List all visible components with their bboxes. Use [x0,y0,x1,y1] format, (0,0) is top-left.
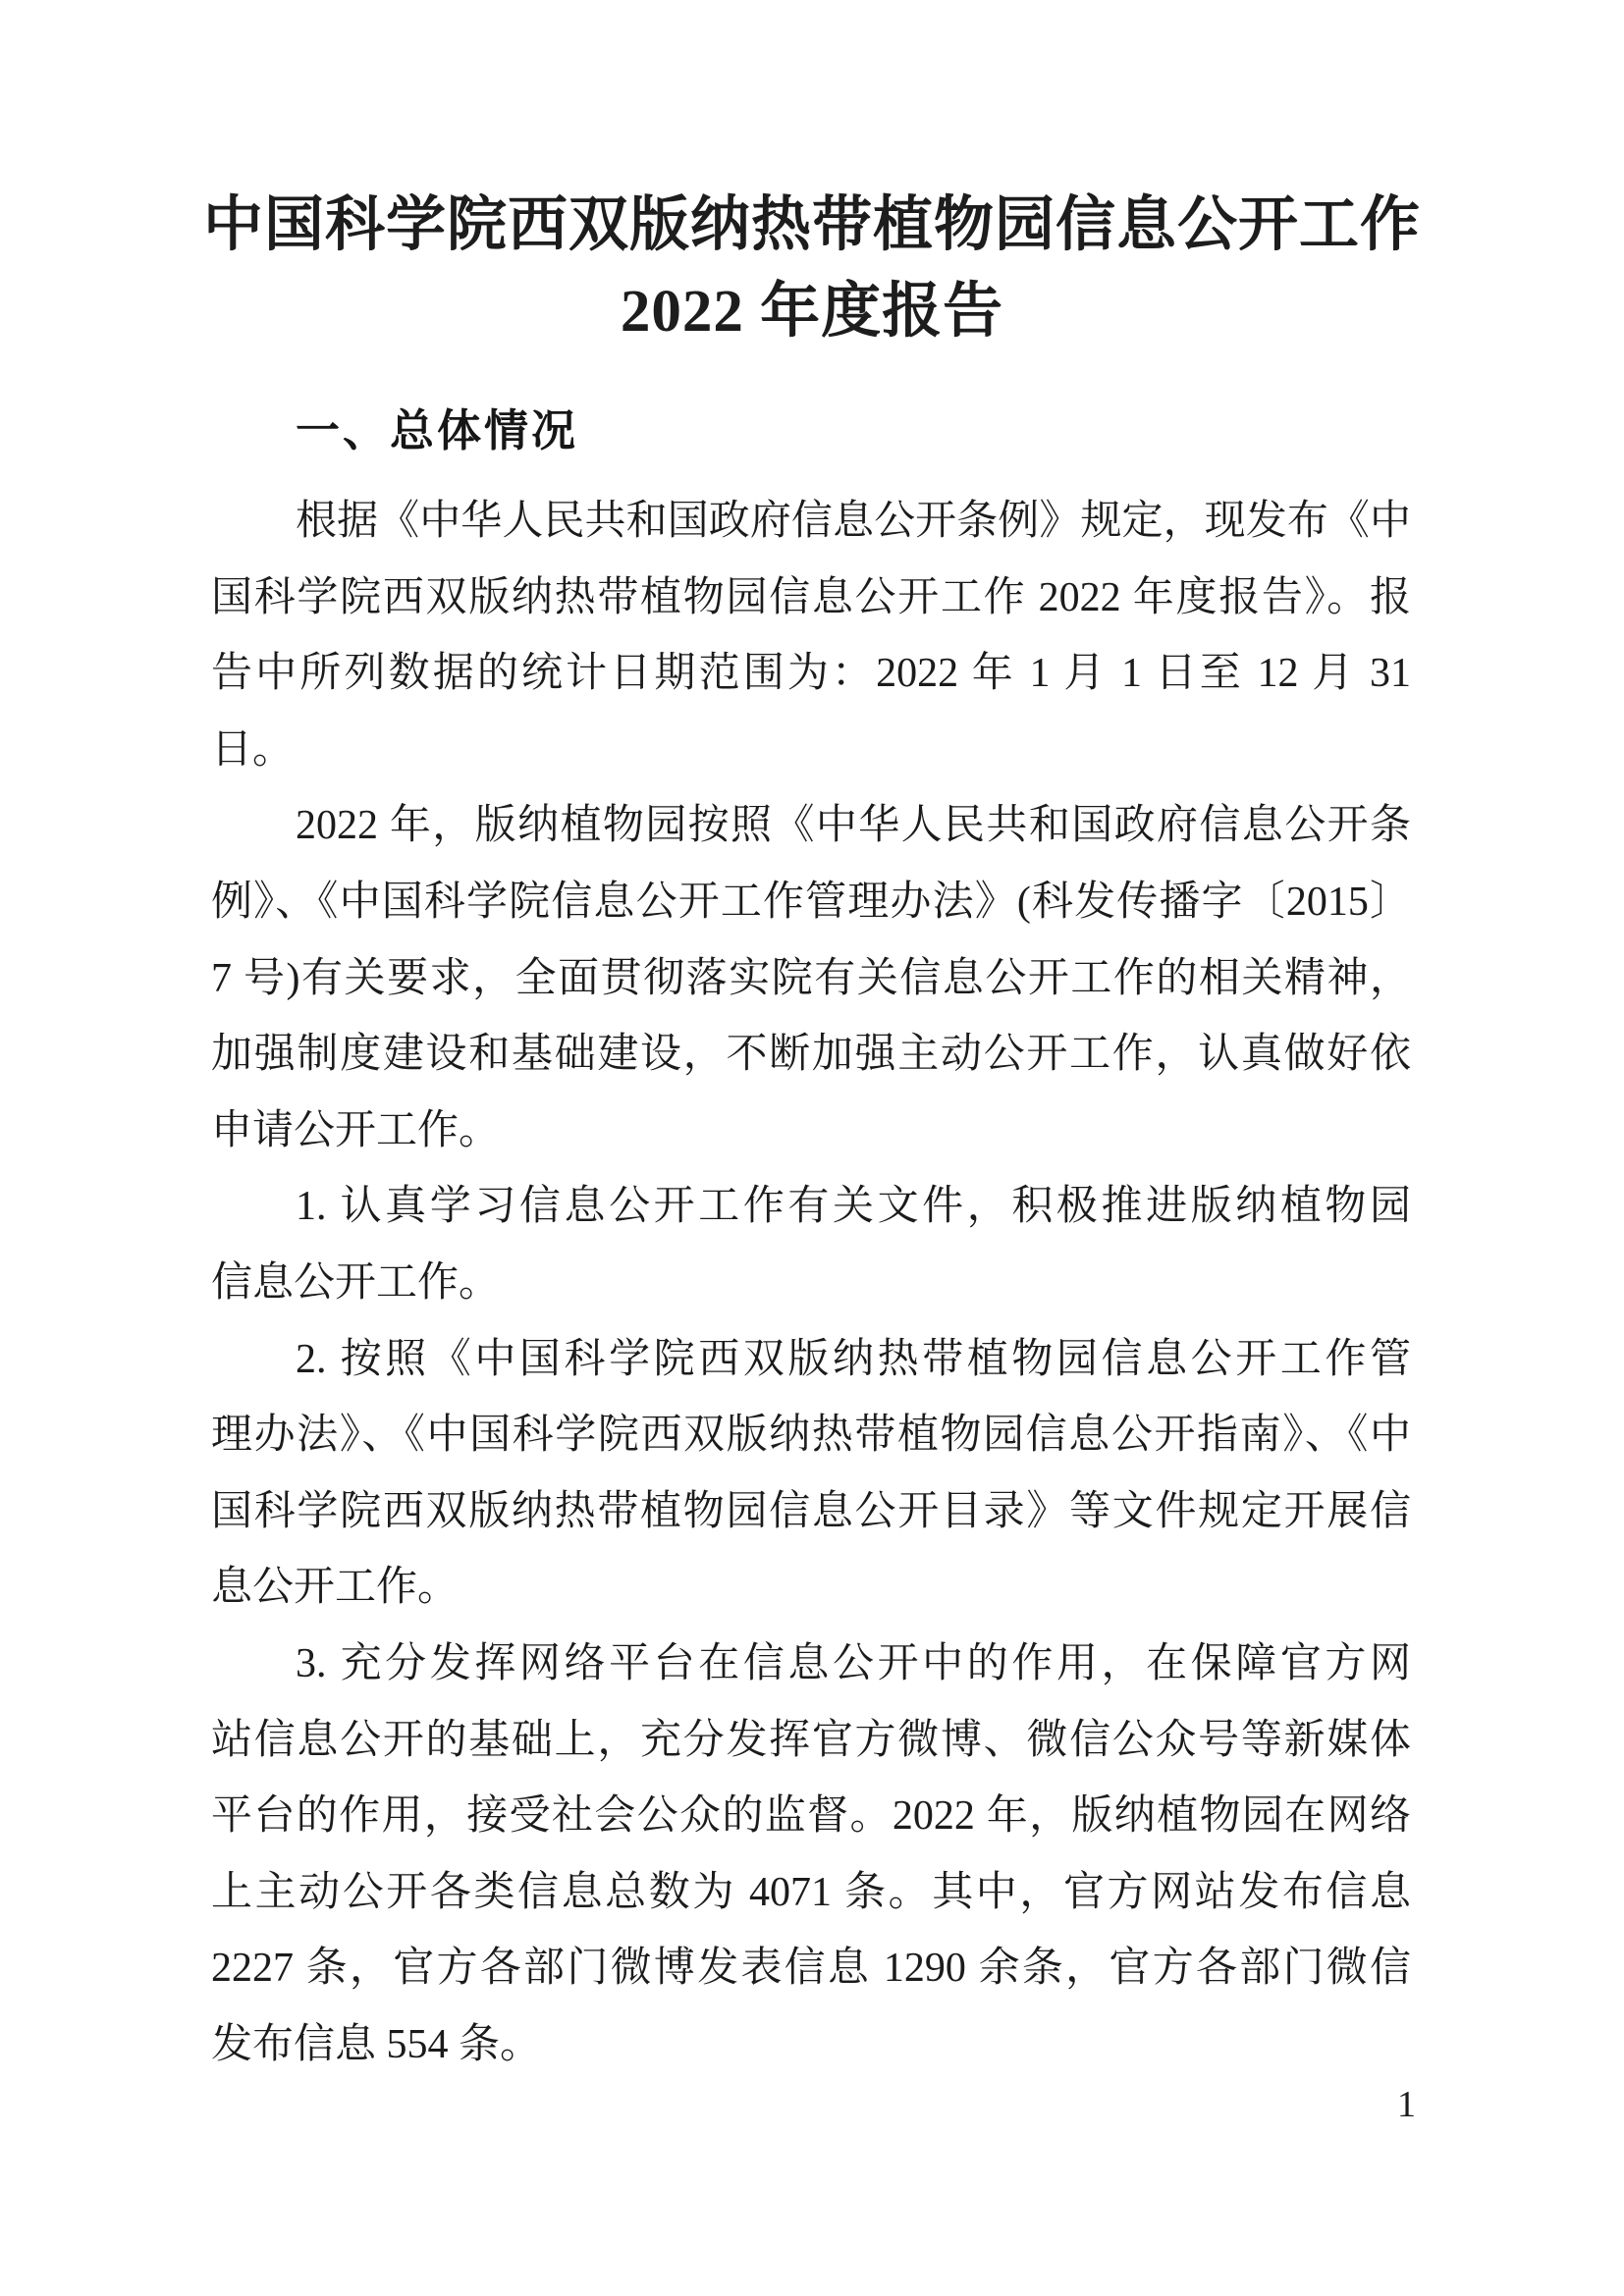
doc-title-line2: 2022 年度报告 [0,269,1624,355]
section-heading: 一、总体情况 [211,399,1411,463]
body-line: 国科学院西双版纳热带植物园信息公开目录》等文件规定开展信 [211,1474,1411,1551]
body-line: 发布信息 554 条。 [211,2007,1411,2084]
body-line: 告中所列数据的统计日期范围为：2022 年 1 月 1 日至 12 月 31 [211,636,1411,713]
doc-title-line1: 中国科学院西双版纳热带植物园信息公开工作 [0,183,1624,269]
body-line: 例》、《中国科学院信息公开工作管理办法》(科发传播字〔2015〕 [211,865,1411,941]
page-number: 1 [1397,2083,1416,2126]
body-line: 申请公开工作。 [211,1094,1411,1170]
document-page: 中国科学院西双版纳热带植物园信息公开工作 2022 年度报告 一、总体情况 根据… [0,0,1624,2296]
body-line: 平台的作用，接受社会公众的监督。2022 年，版纳植物园在网络 [211,1779,1411,1855]
body-line: 上主动公开各类信息总数为 4071 条。其中，官方网站发布信息 [211,1855,1411,1932]
body-line: 站信息公开的基础上，充分发挥官方微博、微信公众号等新媒体 [211,1703,1411,1780]
body-line: 加强制度建设和基础建设，不断加强主动公开工作，认真做好依 [211,1017,1411,1094]
body-line: 日。 [211,713,1411,789]
body-line: 2227 条，官方各部门微博发表信息 1290 余条，官方各部门微信 [211,1931,1411,2007]
body-line: 2. 按照《中国科学院西双版纳热带植物园信息公开工作管 [211,1322,1411,1399]
body-line: 2022 年，版纳植物园按照《中华人民共和国政府信息公开条 [211,788,1411,865]
body-line: 息公开工作。 [211,1550,1411,1627]
body-line: 信息公开工作。 [211,1246,1411,1322]
body-line: 理办法》、《中国科学院西双版纳热带植物园信息公开指南》、《中 [211,1398,1411,1474]
doc-title: 中国科学院西双版纳热带植物园信息公开工作 2022 年度报告 [0,183,1624,355]
body-line: 国科学院西双版纳热带植物园信息公开工作 2022 年度报告》。报 [211,561,1411,637]
body-line: 根据《中华人民共和国政府信息公开条例》规定，现发布《中 [211,484,1411,561]
body-line: 1. 认真学习信息公开工作有关文件，积极推进版纳植物园 [211,1169,1411,1246]
body-line: 7 号)有关要求，全面贯彻落实院有关信息公开工作的相关精神， [211,941,1411,1018]
body-text: 根据《中华人民共和国政府信息公开条例》规定，现发布《中国科学院西双版纳热带植物园… [211,484,1411,2083]
body-line: 3. 充分发挥网络平台在信息公开中的作用，在保障官方网 [211,1627,1411,1703]
